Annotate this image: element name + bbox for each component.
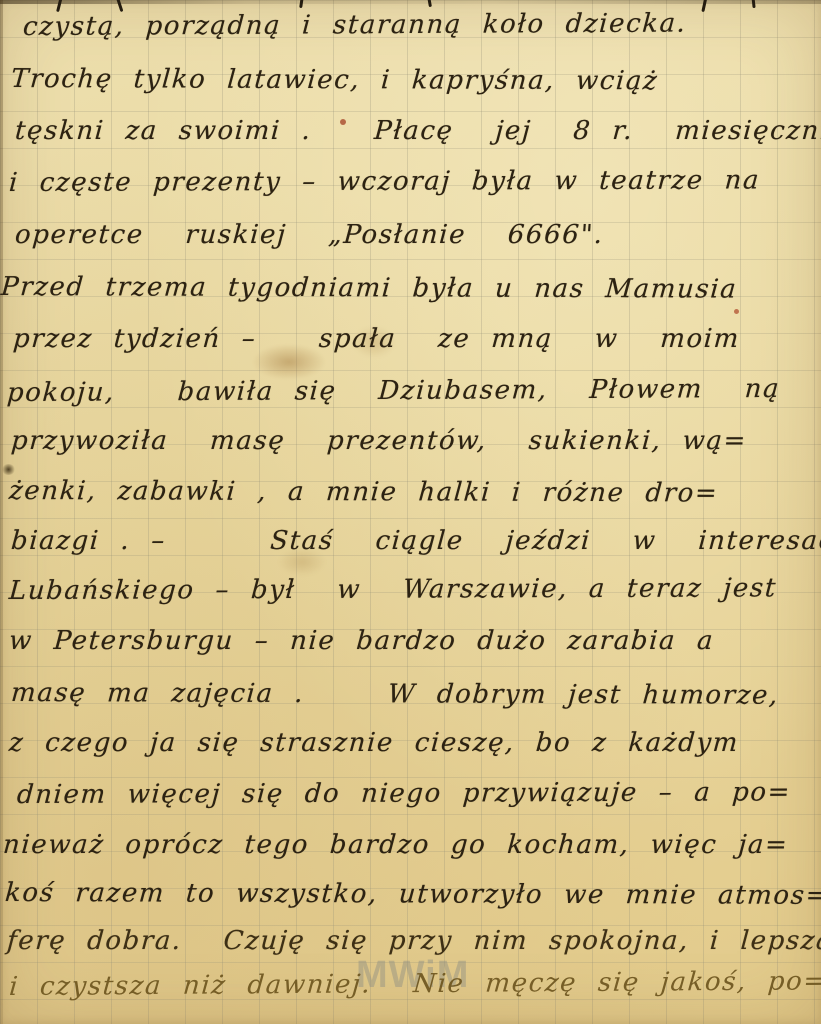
- ink-fragment: [56, 0, 63, 12]
- handwritten-line-16: dniem więcej się do niego przywiązuje – …: [16, 777, 792, 810]
- handwritten-line-20: i czystsza niż dawniej. Nie męczę się ja…: [8, 966, 821, 1002]
- scan-edge-top: [0, 0, 821, 4]
- ink-fragment: [751, 0, 755, 8]
- handwritten-line-2: Trochę tylko latawiec, i kapryśna, wciąż: [10, 64, 659, 96]
- ink-fragment: [701, 0, 707, 12]
- handwritten-line-5: operetce ruskiej „Posłanie 6666".: [14, 220, 605, 250]
- handwritten-line-9: przywoziła masę prezentów, sukienki, wą=: [10, 426, 748, 456]
- handwritten-line-8: pokoju, bawiła się Dziubasem, Płowem ną: [6, 374, 781, 408]
- handwritten-line-11: biazgi . – Staś ciągle jeździ w interesa…: [10, 526, 821, 556]
- scan-edge-left: [0, 0, 3, 1024]
- handwritten-line-17: nieważ oprócz tego bardzo go kocham, wię…: [2, 830, 789, 860]
- ink-fragment: [299, 0, 304, 8]
- handwritten-line-14: masę ma zajęcia . W dobrym jest humorze,: [10, 678, 780, 711]
- handwritten-line-18: koś razem to wszystko, utworzyło we mnie…: [4, 878, 821, 911]
- handwritten-line-19: ferę dobra. Czuję się przy nim spokojna,…: [6, 926, 821, 956]
- handwritten-line-6: Przed trzema tygodniami była u nas Mamus…: [0, 272, 738, 305]
- handwritten-line-15: z czego ja się strasznie cieszę, bo z ka…: [8, 728, 740, 758]
- handwritten-line-1: czystą, porządną i staranną koło dziecka…: [22, 9, 688, 42]
- handwritten-line-4: i częste prezenty – wczoraj była w teatr…: [8, 165, 761, 198]
- red-speck: [734, 309, 739, 314]
- ink-fragment: [427, 0, 432, 7]
- ink-fragment: [116, 0, 124, 12]
- scanned-letter-page: MWiM czystą, porządną i staranną koło dz…: [0, 0, 821, 1024]
- handwritten-line-7: przez tydzień – spała ze mną w moim: [12, 324, 741, 354]
- handwritten-line-13: w Petersburgu – nie bardzo dużo zarabia …: [8, 626, 715, 656]
- handwritten-line-3: tęskni za swoimi . Płacę jej 8 r. miesię…: [14, 116, 821, 146]
- ink-speck: [2, 464, 15, 475]
- handwritten-line-10: żenki, zabawki , a mnie halki i różne dr…: [8, 476, 719, 508]
- handwritten-line-12: Lubańskiego – był w Warszawie, a teraz j…: [8, 573, 778, 606]
